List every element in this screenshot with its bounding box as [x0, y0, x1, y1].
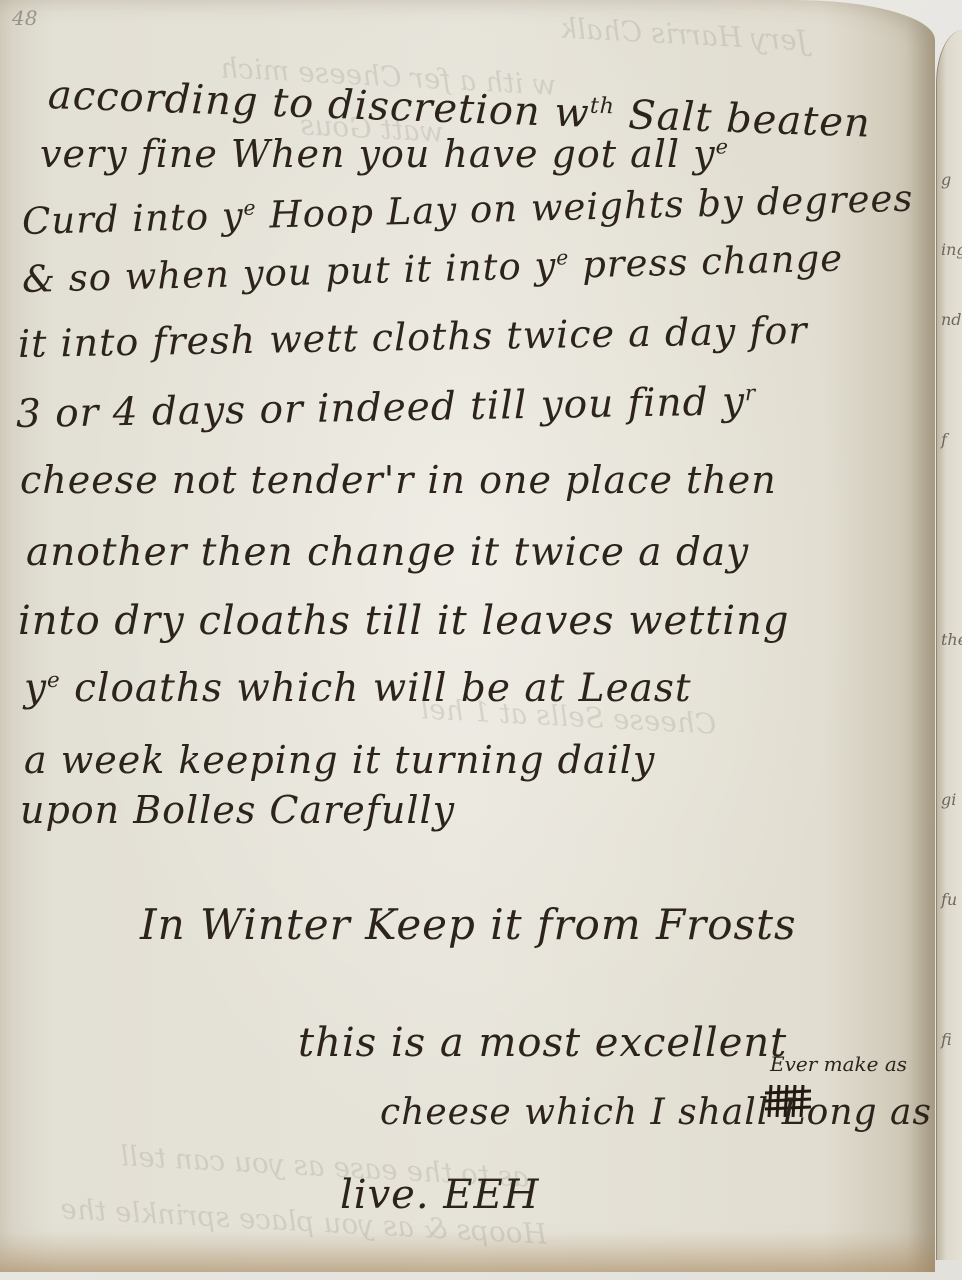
superscript: r: [745, 381, 757, 406]
line-text: this is a most excellent: [298, 1020, 787, 1066]
manuscript-line-7: cheese not tender'r in one place then: [20, 458, 777, 502]
line-text: In Winter Keep it from Frosts: [140, 900, 797, 949]
page-number: 48: [12, 6, 37, 30]
line-text: press change: [569, 237, 844, 287]
manuscript-line-12: upon Bolles Carefully: [20, 788, 455, 832]
facing-page-fragment: gi: [941, 790, 956, 809]
bleed-through-text: Jery Harris Chalk: [559, 12, 808, 58]
facing-page-fragment: fu: [941, 890, 957, 909]
manuscript-line-13: In Winter Keep it from Frosts: [140, 900, 797, 949]
line-text: cloaths which will be at Least: [61, 666, 692, 711]
facing-page-fragment: nd: [941, 310, 962, 329]
manuscript-line-16-signature: live. EEH: [340, 1172, 540, 1218]
line-text: upon Bolles Carefully: [20, 788, 455, 832]
line-text: 3 or 4 days or indeed till you find y: [16, 379, 746, 437]
manuscript-line-6: 3 or 4 days or indeed till you find yr: [16, 379, 757, 437]
superscript: e: [47, 668, 61, 693]
facing-page-fragment: fi: [941, 1030, 952, 1049]
line-text: cheese which I shall: [380, 1092, 769, 1133]
superscript: e: [716, 134, 729, 158]
superscript: th: [590, 94, 616, 120]
line-text: it into fresh wett cloths twice a day fo…: [18, 308, 808, 366]
facing-page-fragment: the: [941, 630, 962, 649]
manuscript-line-3: Curd into ye Hoop Lay on weights by degr…: [21, 177, 913, 243]
signature-text: live. EEH: [340, 1172, 540, 1218]
line-text: very fine When you have got all y: [40, 132, 716, 176]
manuscript-line-10: ye cloaths which will be at Least: [24, 666, 692, 711]
facing-page-fragment: ing: [941, 240, 962, 259]
line-text: into dry cloaths till it leaves wetting: [18, 598, 789, 644]
line-text: y: [24, 666, 47, 711]
manuscript-line-5: it into fresh wett cloths twice a day fo…: [18, 308, 808, 366]
page-edge-stain: [0, 1232, 935, 1272]
manuscript-line-2: very fine When you have got all ye: [40, 132, 729, 176]
line-text: & so when you put it into y: [21, 244, 557, 301]
line-text: cheese not tender'r in one place then: [20, 458, 777, 502]
facing-page-fragment: g: [941, 170, 951, 189]
superscript: e: [243, 196, 257, 220]
manuscript-line-4: & so when you put it into ye press chang…: [21, 237, 843, 301]
manuscript-line-9: into dry cloaths till it leaves wetting: [18, 598, 789, 644]
facing-page-edge: g ing nd f the gi fu fi: [936, 30, 962, 1260]
manuscript-line-11: a week keeping it turning daily: [24, 738, 655, 782]
interlinear-insertion: Ever make as: [770, 1052, 907, 1076]
superscript: e: [556, 245, 570, 269]
manuscript-line-15: cheese which I shall Long as I: [380, 1092, 960, 1133]
line-text: Long as I: [769, 1092, 959, 1133]
line-text: according to discretion w: [47, 72, 590, 137]
manuscript-page: 48 Jery Harris Chalk w ith a fer Cheese …: [0, 0, 935, 1272]
line-text: Curd into y: [21, 194, 244, 243]
line-text: Hoop Lay on weights by degrees: [256, 177, 914, 237]
facing-page-fragment: f: [941, 430, 947, 449]
line-text: a week keeping it turning daily: [24, 738, 655, 782]
manuscript-line-14: this is a most excellent: [298, 1020, 787, 1066]
line-text: another then change it twice a day: [26, 530, 749, 575]
manuscript-line-8: another then change it twice a day: [26, 530, 749, 575]
